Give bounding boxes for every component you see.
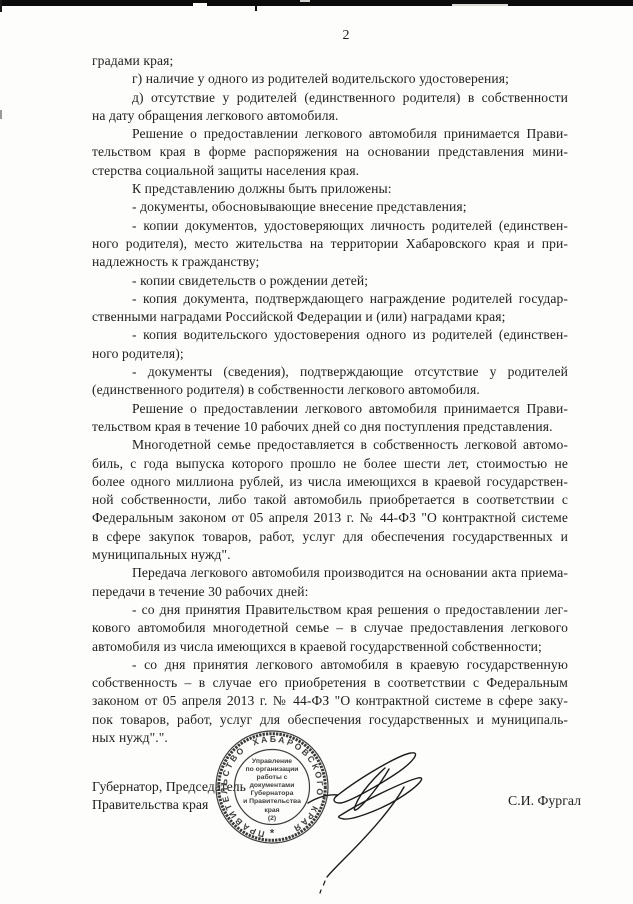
text-line: надлежность к гражданству; [92,253,568,271]
scan-artifact-speck [0,110,2,119]
stamp-center-line: и Правительства [234,798,310,806]
scan-artifact-notch [193,3,207,6]
text-line: - копия водительского удостоверения одно… [92,326,568,344]
stamp-star-icon: * [270,828,275,840]
text-line: стерства социальной защиты населения кра… [92,162,568,180]
stamp-center-line: Губернатора [234,790,310,798]
text-line: - копии свидетельств о рождении детей; [92,272,568,290]
text-line: Решение о предоставлении легкового автом… [92,400,568,418]
text-line: Многодетной семье предоставляется в собс… [92,436,568,454]
text-line: д) отсутствие у родителей (единственного… [92,89,568,107]
text-line: кового автомобиля многодетной семье – в … [92,619,568,637]
scan-artifact-top-bar [0,0,633,6]
text-line: - со дня принятия легкового автомобиля в… [92,656,568,674]
page-number: 2 [90,28,568,44]
stamp-center-line: (2) [234,815,310,823]
scan-artifact-speck [0,0,2,12]
stamp-center-line: по организации [234,766,310,774]
text-line: - копии документов, удостоверяющих лично… [92,217,568,235]
text-line: - копия документа, подтверждающего награ… [92,290,568,308]
text-line: Федеральным законом от 05 апреля 2013 г.… [92,509,568,527]
text-line: (единственного родителя) в собственности… [92,381,568,399]
stamp-center-line: края [234,807,310,815]
text-line: передачи в течение 30 рабочих дней: [92,583,568,601]
signature-autograph [300,722,530,897]
text-line: законом от 05 апреля 2013 г. № 44-ФЗ "О … [92,692,568,710]
text-line: на дату обращения легкового автомобиля. [92,107,568,125]
document-body: градами края;г) наличие у одного из роди… [92,52,568,747]
stamp-center-line: Управление [234,758,310,766]
text-line: - со дня принятия Правительством края ре… [92,601,568,619]
scan-artifact-notch [300,0,310,2]
stamp-center-line: работы с документами [234,774,310,790]
text-line: - документы (сведения), подтверждающие о… [92,363,568,381]
scan-artifact-notch [452,4,508,6]
text-line: ного родителя), место жительства на терр… [92,235,568,253]
scan-artifact-speck [255,6,257,11]
text-line: собственность – в случае его приобретени… [92,674,568,692]
text-line: муниципальных нужд". [92,546,568,564]
text-line: Решение о предоставлении легкового автом… [92,125,568,143]
text-line: Передача легкового автомобиля производит… [92,564,568,582]
stamp-center-text: Управлениепо организацииработы с докумен… [234,758,310,823]
text-line: более одного миллиона рублей, из числа и… [92,473,568,491]
text-line: автомобиля из числа имеющихся в краевой … [92,638,568,656]
text-line: тельством края в форме распоряжения на о… [92,143,568,161]
text-line: ной собственности, либо такой автомобиль… [92,491,568,509]
text-line: г) наличие у одного из родителей водител… [92,70,568,88]
scanned-document-page: 2 градами края;г) наличие у одного из ро… [0,0,633,904]
text-line: тельством края в течение 10 рабочих дней… [92,418,568,436]
text-line: в сфере закупок товаров, работ, услуг дл… [92,528,568,546]
text-line: ственными наградами Российской Федерации… [92,308,568,326]
text-line: К представлению должны быть приложены: [92,180,568,198]
text-line: - документы, обосновывающие внесение пре… [92,198,568,216]
text-line: биль, с года выпуска которого прошло не … [92,455,568,473]
text-line: ного родителя); [92,345,568,363]
text-line: градами края; [92,52,568,70]
signature-dotted-tail [320,881,325,893]
